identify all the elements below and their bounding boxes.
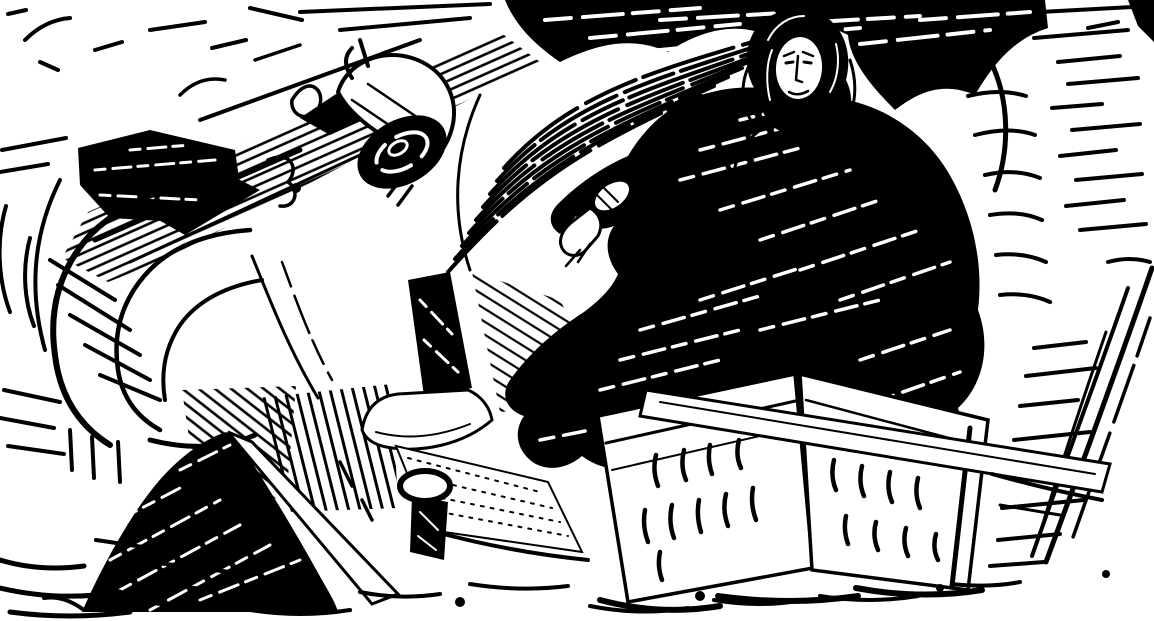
illustration-page: pen-and-ink line illustration [0,0,1154,621]
ink-illustration: pen-and-ink line illustration [0,0,1154,621]
canister-rim [400,471,450,501]
